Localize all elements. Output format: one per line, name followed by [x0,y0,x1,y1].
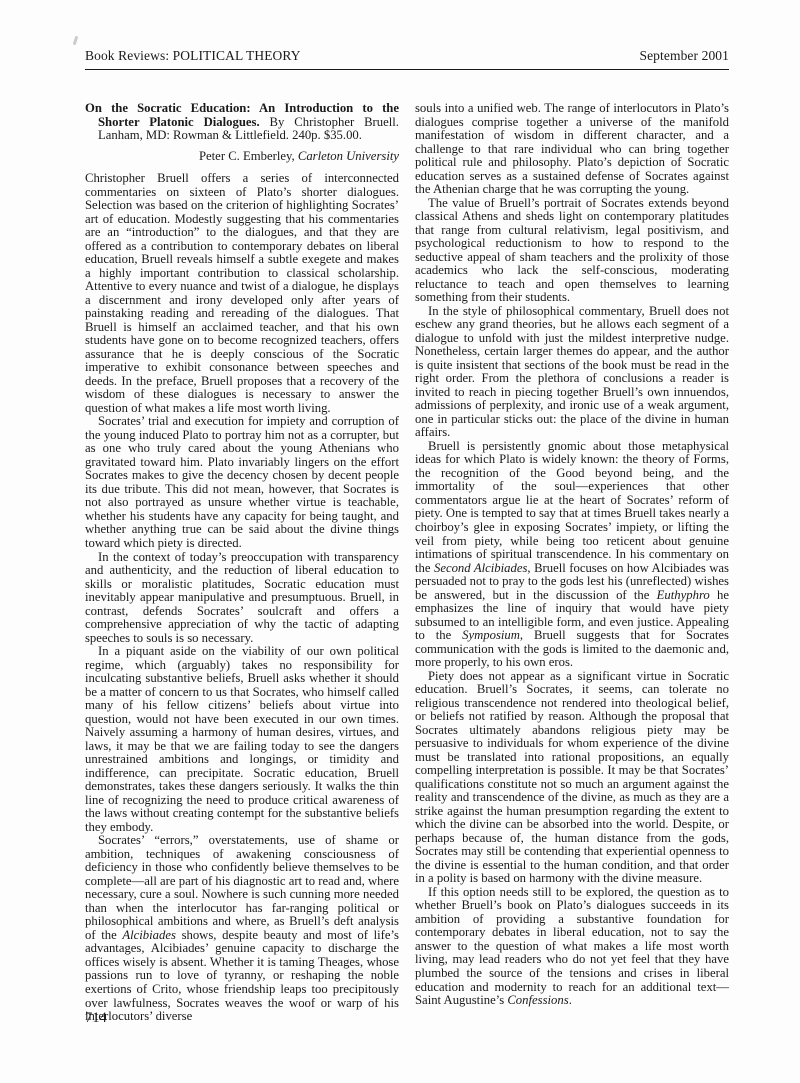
header-section-title: Book Reviews: POLITICAL THEORY [85,48,301,64]
text-segment: Peter C. Emberley, [199,149,298,163]
paragraph: Christopher Bruell offers a series of in… [85,172,399,415]
text-segment: Christopher Bruell offers a series of in… [85,171,399,415]
right-column-paragraphs: souls into a unified web. The range of i… [415,102,729,1008]
paragraph: Socrates’ “errors,” overstatements, use … [85,834,399,1023]
text-segment: In a piquant aside on the viability of o… [85,644,399,834]
paragraph: Bruell is persistently gnomic about thos… [415,440,729,670]
reviewer-byline: Peter C. Emberley, Carleton University [85,150,399,164]
text-segment: Second Alcibiades [434,561,527,575]
text-segment: Bruell is persistently gnomic about thos… [415,439,729,575]
paragraph: If this option needs still to be explore… [415,886,729,1008]
scan-artifact [73,36,79,45]
paragraph: In the style of philosophical commentary… [415,305,729,440]
right-column: souls into a unified web. The range of i… [415,102,729,1024]
text-segment: souls into a unified web. The range of i… [415,101,729,196]
text-segment: The value of Bruell’s portrait of Socrat… [415,196,729,305]
text-segment: In the context of today’s preoccupation … [85,550,399,645]
paragraph: In a piquant aside on the viability of o… [85,645,399,834]
text-segment: Socrates’ trial and execution for impiet… [85,414,399,550]
text-segment: Confessions [507,993,568,1007]
text-segment: Carleton University [298,149,399,163]
left-column-paragraphs: Christopher Bruell offers a series of in… [85,172,399,1023]
paragraph: Piety does not appear as a significant v… [415,670,729,886]
text-segment: In the style of philosophical commentary… [415,304,729,440]
text-segment: shows, despite beauty and most of life’s… [85,928,399,1023]
paragraph: In the context of today’s preoccupation … [85,551,399,646]
text-segment: Symposium [462,628,520,642]
header-rule [85,69,729,70]
running-header: Book Reviews: POLITICAL THEORY September… [85,48,729,64]
header-issue-date: September 2001 [639,48,729,64]
left-column: On the Socratic Education: An Introducti… [85,102,399,1024]
two-column-body: On the Socratic Education: An Introducti… [85,102,729,1024]
text-segment: Socrates’ “errors,” overstatements, use … [85,833,399,942]
page-number: 714 [85,1010,107,1027]
paragraph: The value of Bruell’s portrait of Socrat… [415,197,729,305]
text-segment: . [569,993,572,1007]
text-segment: Euthyphro [657,588,710,602]
book-title-citation: On the Socratic Education: An Introducti… [85,102,399,143]
paragraph: souls into a unified web. The range of i… [415,102,729,197]
text-segment: Piety does not appear as a significant v… [415,669,729,886]
page-content: Book Reviews: POLITICAL THEORY September… [85,48,729,1024]
paragraph: Socrates’ trial and execution for impiet… [85,415,399,550]
journal-page: Book Reviews: POLITICAL THEORY September… [0,0,800,1083]
text-segment: Alcibiades [122,928,176,942]
text-segment: If this option needs still to be explore… [415,885,729,1007]
